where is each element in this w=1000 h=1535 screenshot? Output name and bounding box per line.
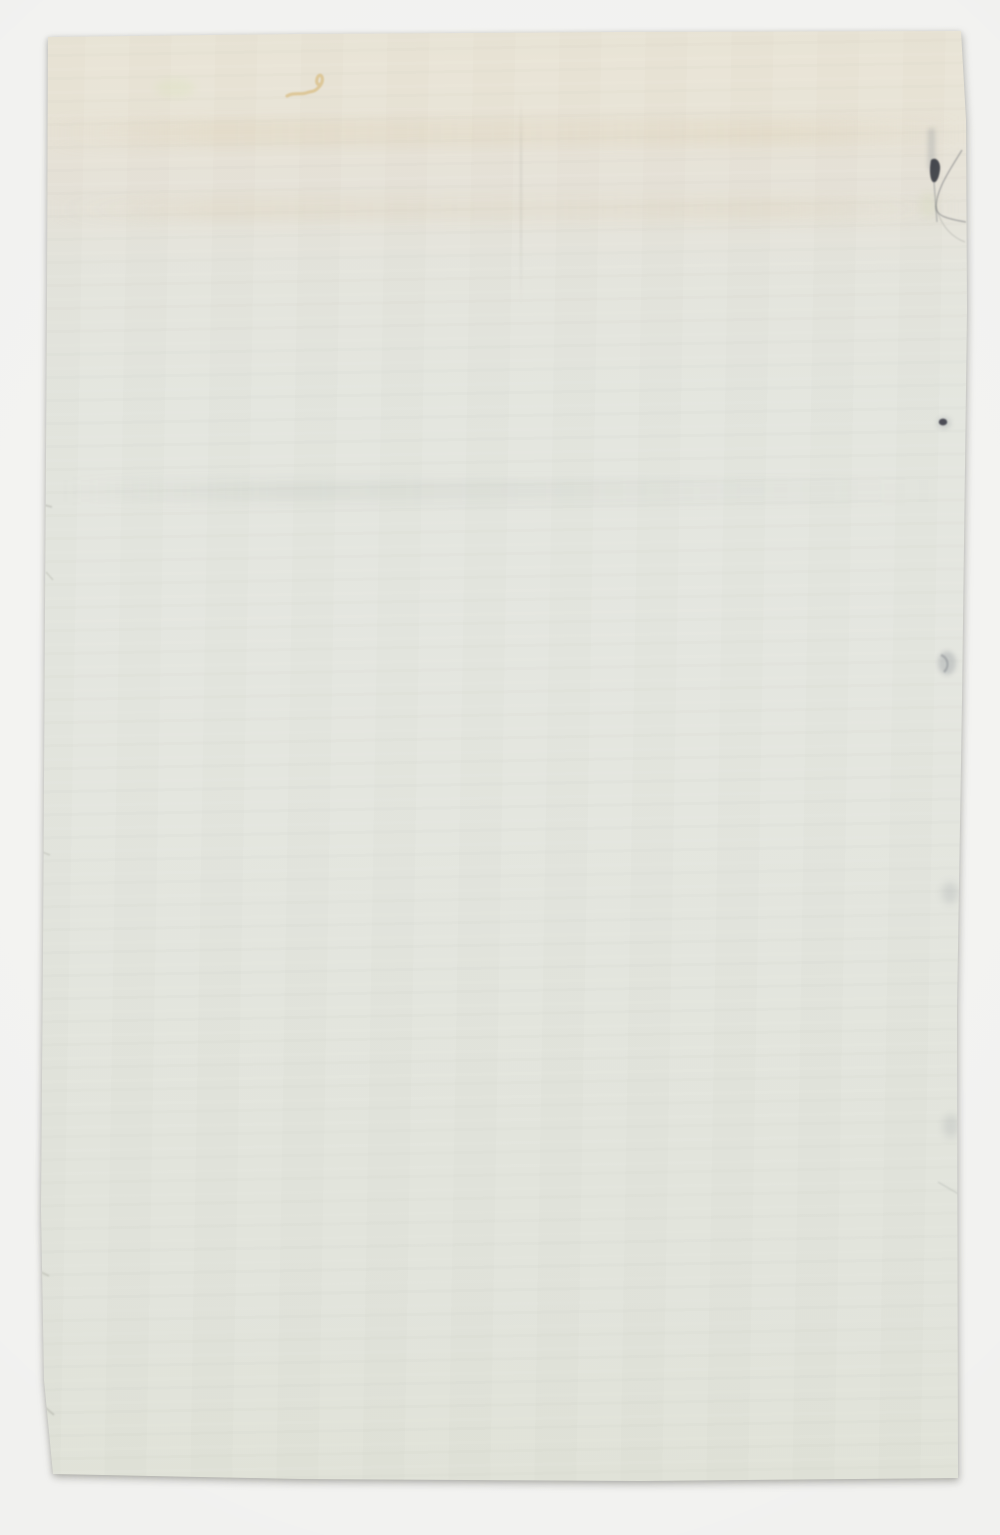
paper-edge-shading (0, 0, 1000, 1535)
photo-backdrop (0, 0, 1000, 1535)
paper-surface (0, 0, 1000, 1535)
paper-sheet (0, 0, 1000, 1535)
